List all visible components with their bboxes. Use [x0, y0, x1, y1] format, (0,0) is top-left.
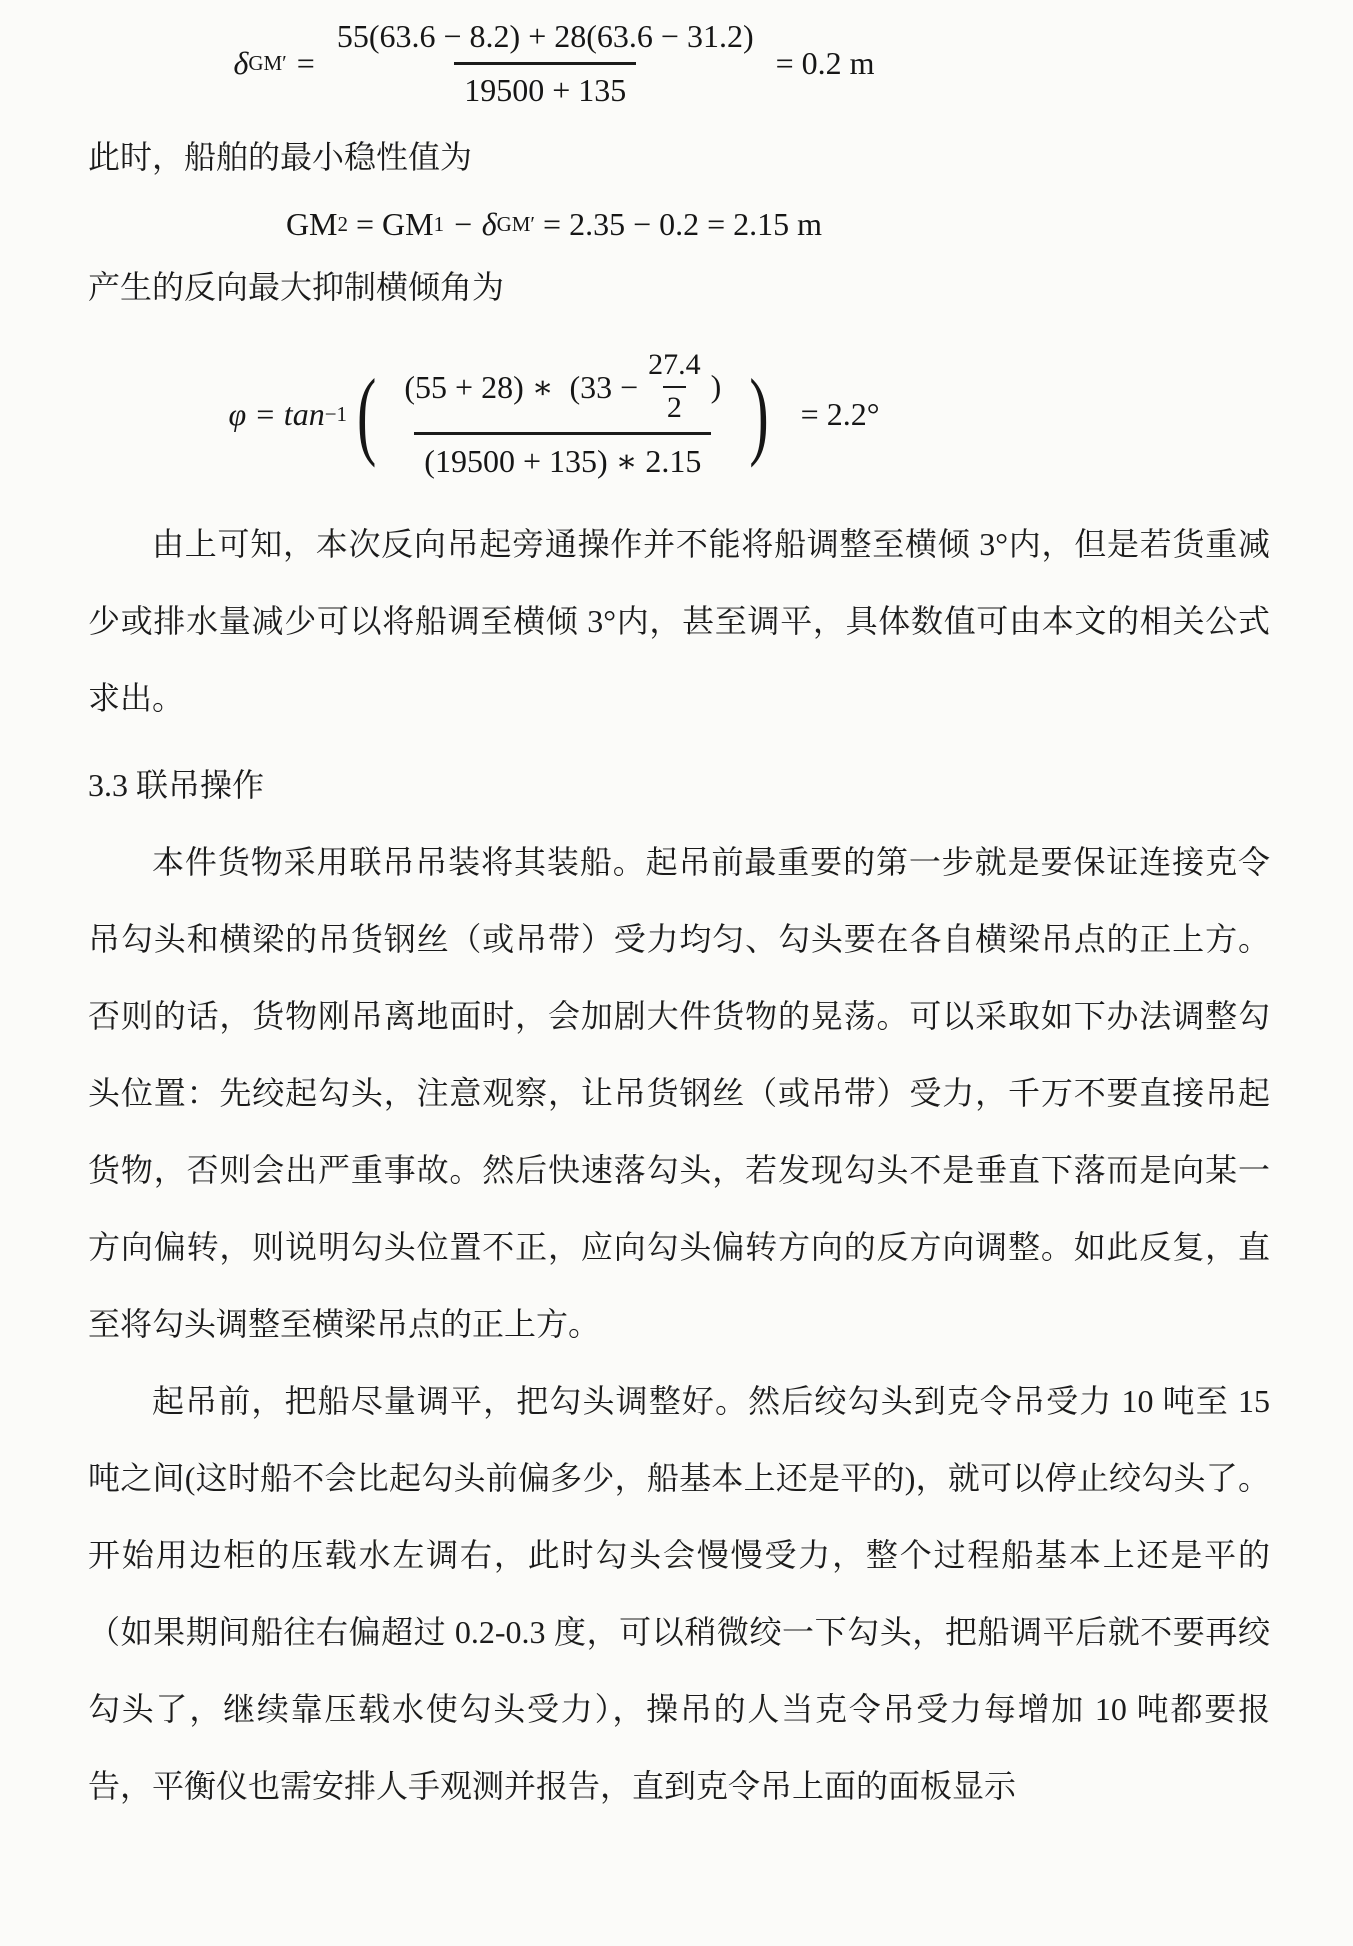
paragraph-conclusion: 由上可知，本次反向吊起旁通操作并不能将船调整至横倾 3°内，但是若货重减少或排水…: [88, 506, 1270, 737]
text-min-stability: 此时，船舶的最小稳性值为: [88, 119, 1270, 196]
paragraph-lifting-2: 起吊前，把船尽量调平，把勾头调整好。然后绞勾头到克令吊受力 10 吨至 15 吨…: [88, 1363, 1270, 1825]
section-heading-3-3: 3.3 联吊操作: [88, 747, 1270, 824]
formula-delta-symbol: δ: [233, 45, 248, 82]
gm2-subscript: 2: [338, 212, 349, 237]
formula-delta-fraction: 55(63.6 − 8.2) + 28(63.6 − 31.2) 19500 +…: [327, 18, 764, 109]
phi-numerator-left: (55 + 28) ∗ (33 −: [404, 368, 638, 406]
close-paren: ): [749, 365, 768, 464]
inner-fraction: 27.4 2: [644, 348, 705, 425]
tan-exponent: −1: [325, 402, 347, 427]
gm2-term: GM: [286, 206, 338, 243]
text-heel-angle: 产生的反向最大抑制横倾角为: [88, 249, 1270, 326]
gm1-subscript: 1: [434, 212, 445, 237]
formula-phi-fraction: (55 + 28) ∗ (33 − 27.4 2 ) (19500 + 135)…: [394, 348, 731, 480]
paragraph-lifting-1: 本件货物采用联吊吊装将其装船。起吊前最重要的第一步就是要保证连接克令吊勾头和横梁…: [88, 824, 1270, 1363]
open-paren: (: [357, 365, 376, 464]
phi-result: = 2.2°: [801, 396, 880, 433]
phi-numerator-close: ): [711, 368, 722, 405]
fraction-denominator: 19500 + 135: [454, 62, 636, 109]
phi-fraction-denominator: (19500 + 135) ∗ 2.15: [414, 432, 711, 480]
formula-phi: φ = tan−1 ( (55 + 28) ∗ (33 − 27.4 2 ) (…: [88, 348, 1270, 480]
formula-delta-subscript: GM′: [248, 51, 286, 76]
phi-lhs: φ = tan: [229, 396, 325, 433]
inner-fraction-numerator: 27.4: [644, 348, 705, 386]
delta-term: − δ: [444, 206, 496, 243]
phi-fraction-numerator: (55 + 28) ∗ (33 − 27.4 2 ): [394, 348, 731, 432]
equals-sign: =: [297, 45, 315, 82]
formula-delta-gm: δGM′ = 55(63.6 − 8.2) + 28(63.6 − 31.2) …: [88, 18, 1270, 109]
document-page: δGM′ = 55(63.6 − 8.2) + 28(63.6 − 31.2) …: [0, 0, 1353, 1825]
gm1-term: = GM: [348, 206, 434, 243]
gm2-result: = 2.35 − 0.2 = 2.15 m: [535, 206, 822, 243]
formula-delta-result: = 0.2 m: [776, 45, 875, 82]
fraction-numerator: 55(63.6 − 8.2) + 28(63.6 − 31.2): [327, 18, 764, 62]
delta-subscript: GM′: [497, 212, 535, 237]
inner-fraction-denominator: 2: [663, 386, 686, 425]
formula-gm2: GM2 = GM1 − δGM′ = 2.35 − 0.2 = 2.15 m: [88, 206, 1270, 243]
